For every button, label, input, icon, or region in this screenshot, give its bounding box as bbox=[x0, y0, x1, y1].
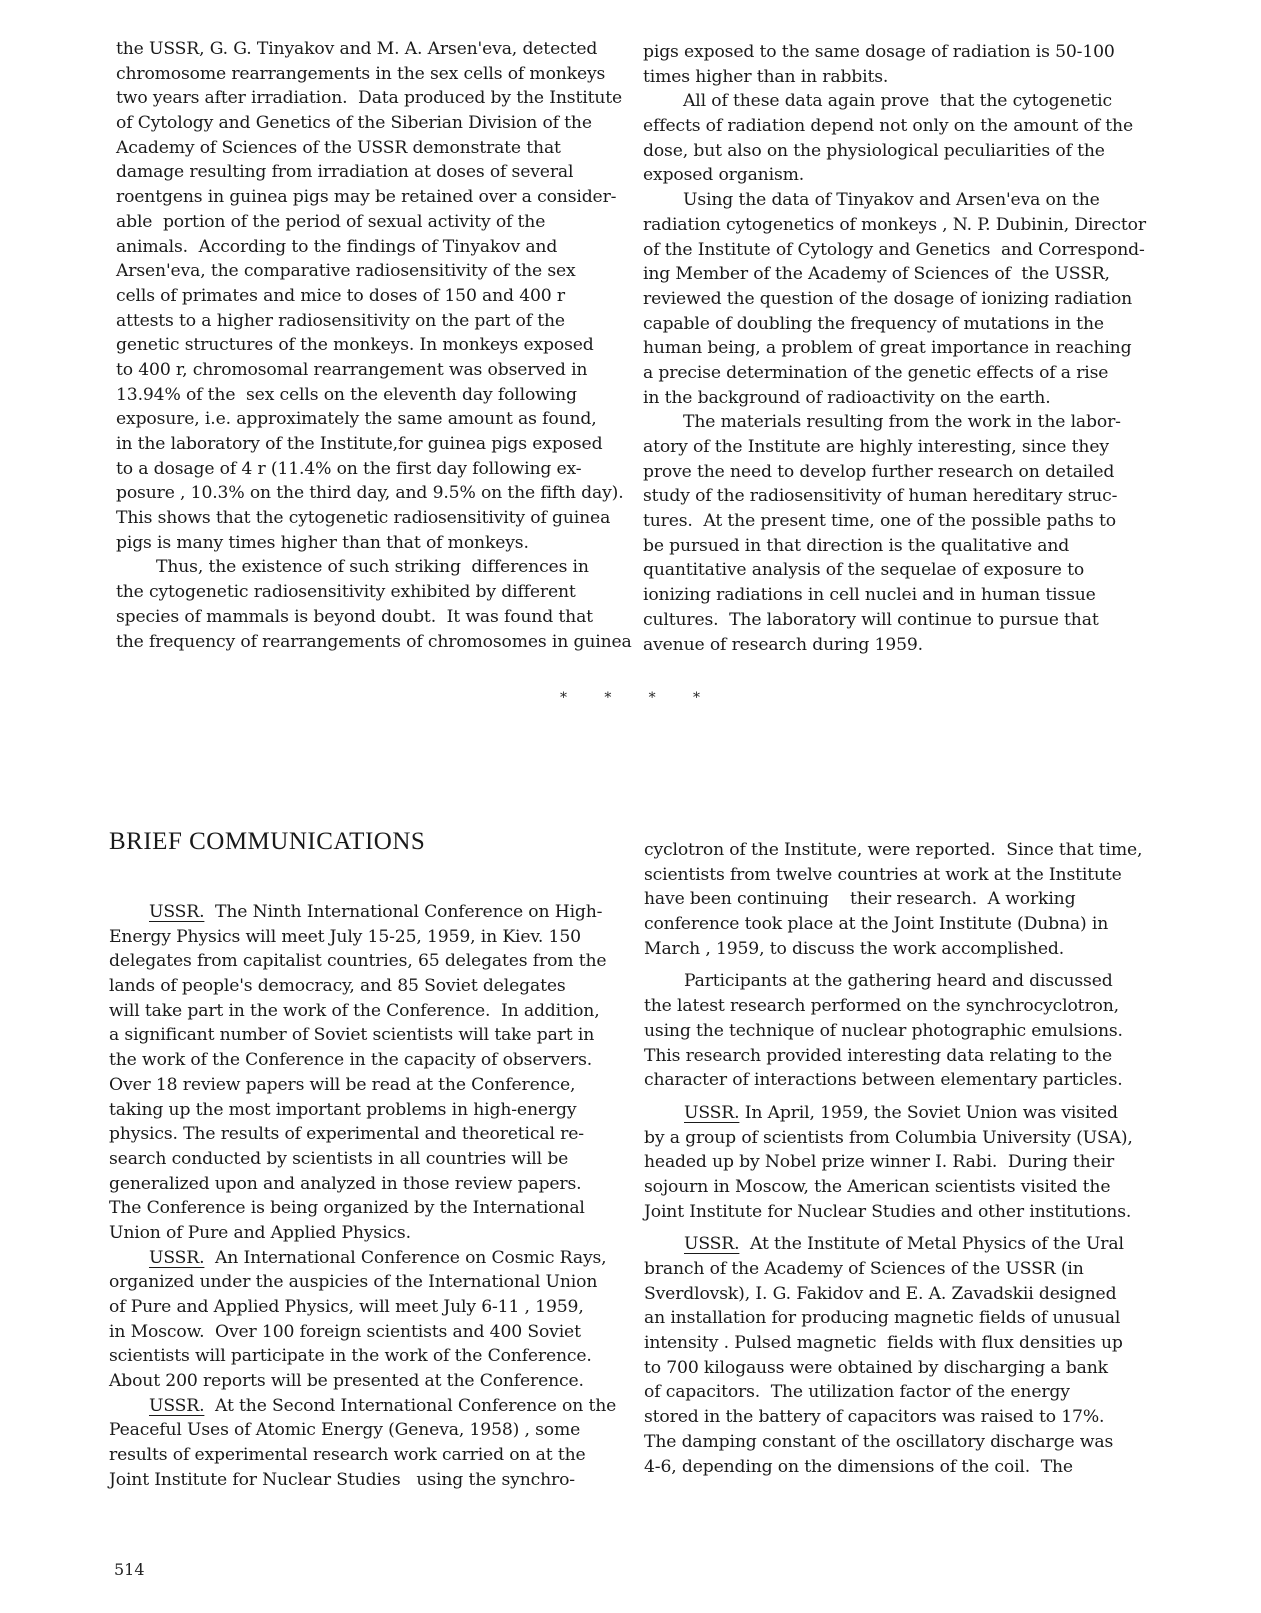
line-text: Thus, the existence of such striking dif… bbox=[156, 557, 589, 577]
line-text: dose, but also on the physiological pecu… bbox=[643, 141, 1105, 161]
text-line: prove the need to develop further resear… bbox=[643, 460, 1153, 485]
line-text: This research provided interesting data … bbox=[644, 1046, 1112, 1066]
line-text: An International Conference on Cosmic Ra… bbox=[204, 1248, 606, 1268]
text-line: the USSR, G. G. Tinyakov and M. A. Arsen… bbox=[116, 37, 626, 62]
text-line: human being, a problem of great importan… bbox=[643, 336, 1153, 361]
line-text: 4-6, depending on the dimensions of the … bbox=[644, 1457, 1073, 1477]
line-text: using the technique of nuclear photograp… bbox=[644, 1021, 1123, 1041]
text-line: in Moscow. Over 100 foreign scientists a… bbox=[109, 1320, 619, 1345]
line-text: an installation for producing magnetic f… bbox=[644, 1308, 1120, 1328]
line-text: In April, 1959, the Soviet Union was vis… bbox=[739, 1103, 1118, 1123]
line-text: The materials resulting from the work in… bbox=[683, 412, 1121, 432]
line-text: chromosome rearrangements in the sex cel… bbox=[116, 64, 605, 84]
text-line: generalized upon and analyzed in those r… bbox=[109, 1172, 619, 1197]
text-line: Participants at the gathering heard and … bbox=[644, 969, 1154, 994]
text-line: All of these data again prove that the c… bbox=[643, 89, 1153, 114]
text-line: stored in the battery of capacitors was … bbox=[644, 1405, 1154, 1430]
line-text: scientists from twelve countries at work… bbox=[644, 865, 1122, 885]
text-line: the work of the Conference in the capaci… bbox=[109, 1048, 619, 1073]
text-line: two years after irradiation. Data produc… bbox=[116, 86, 626, 111]
text-line: a significant number of Soviet scientist… bbox=[109, 1023, 619, 1048]
text-line: About 200 reports will be presented at t… bbox=[109, 1369, 619, 1394]
text-line: to a dosage of 4 r (11.4% on the first d… bbox=[116, 457, 626, 482]
text-line: tures. At the present time, one of the p… bbox=[643, 509, 1153, 534]
line-text: exposure, i.e. approximately the same am… bbox=[116, 409, 597, 429]
line-text: in the background of radioactivity on th… bbox=[643, 388, 1051, 408]
text-line: Joint Institute for Nuclear Studies and … bbox=[644, 1200, 1154, 1225]
text-line: lands of people's democracy, and 85 Sovi… bbox=[109, 974, 619, 999]
text-line: study of the radiosensitivity of human h… bbox=[643, 484, 1153, 509]
line-text: The Conference is being organized by the… bbox=[109, 1198, 585, 1218]
line-text: scientists will participate in the work … bbox=[109, 1346, 592, 1366]
text-line: sojourn in Moscow, the American scientis… bbox=[644, 1175, 1154, 1200]
text-line: a precise determination of the genetic e… bbox=[643, 361, 1153, 386]
line-text: genetic structures of the monkeys. In mo… bbox=[116, 335, 594, 355]
line-text: conference took place at the Joint Insti… bbox=[644, 914, 1108, 934]
text-line: cultures. The laboratory will continue t… bbox=[643, 608, 1153, 633]
line-text: atory of the Institute are highly intere… bbox=[643, 437, 1109, 457]
line-text: in Moscow. Over 100 foreign scientists a… bbox=[109, 1322, 581, 1342]
line-text: to 700 kilogauss were obtained by discha… bbox=[644, 1358, 1108, 1378]
line-text: human being, a problem of great importan… bbox=[643, 338, 1131, 358]
text-line: scientists will participate in the work … bbox=[109, 1344, 619, 1369]
text-line: 13.94% of the sex cells on the eleventh … bbox=[116, 383, 626, 408]
line-text: search conducted by scientists in all co… bbox=[109, 1149, 568, 1169]
text-line: the latest research performed on the syn… bbox=[644, 994, 1154, 1019]
text-line: pigs is many times higher than that of m… bbox=[116, 531, 626, 556]
line-text: the work of the Conference in the capaci… bbox=[109, 1050, 592, 1070]
text-line: of Cytology and Genetics of the Siberian… bbox=[116, 111, 626, 136]
country-label: USSR. bbox=[149, 902, 204, 922]
page-number: 514 bbox=[114, 1560, 145, 1579]
line-text: animals. According to the findings of Ti… bbox=[116, 237, 557, 257]
text-line: effects of radiation depend not only on … bbox=[643, 114, 1153, 139]
text-line: avenue of research during 1959. bbox=[643, 633, 1153, 658]
bottom-left-column: USSR. The Ninth International Conference… bbox=[109, 900, 619, 1493]
line-text: 13.94% of the sex cells on the eleventh … bbox=[116, 385, 577, 405]
line-text: have been continuing their research. A w… bbox=[644, 889, 1075, 909]
line-text: delegates from capitalist countries, 65 … bbox=[109, 951, 606, 971]
line-text: the frequency of rearrangements of chrom… bbox=[116, 632, 632, 652]
line-text: reviewed the question of the dosage of i… bbox=[643, 289, 1132, 309]
line-text: able portion of the period of sexual act… bbox=[116, 212, 545, 232]
country-label: USSR. bbox=[149, 1396, 204, 1416]
line-text: cyclotron of the Institute, were reporte… bbox=[644, 840, 1142, 860]
text-line: exposed organism. bbox=[643, 163, 1153, 188]
line-text: times higher than in rabbits. bbox=[643, 67, 888, 87]
text-line: attests to a higher radiosensitivity on … bbox=[116, 309, 626, 334]
text-line: using the technique of nuclear photograp… bbox=[644, 1019, 1154, 1044]
line-text: of the Institute of Cytology and Genetic… bbox=[643, 240, 1145, 260]
text-line: cyclotron of the Institute, were reporte… bbox=[644, 838, 1154, 863]
line-text: At the Institute of Metal Physics of the… bbox=[739, 1234, 1123, 1254]
line-text: sojourn in Moscow, the American scientis… bbox=[644, 1177, 1110, 1197]
line-text: by a group of scientists from Columbia U… bbox=[644, 1128, 1133, 1148]
line-text: About 200 reports will be presented at t… bbox=[109, 1371, 584, 1391]
line-text: stored in the battery of capacitors was … bbox=[644, 1407, 1104, 1427]
text-line: by a group of scientists from Columbia U… bbox=[644, 1126, 1154, 1151]
line-text: organized under the auspicies of the Int… bbox=[109, 1272, 597, 1292]
text-line: in the laboratory of the Institute,for g… bbox=[116, 432, 626, 457]
line-text: Peaceful Uses of Atomic Energy (Geneva, … bbox=[109, 1420, 580, 1440]
line-text: two years after irradiation. Data produc… bbox=[116, 88, 622, 108]
line-text: to a dosage of 4 r (11.4% on the first d… bbox=[116, 459, 581, 479]
line-text: branch of the Academy of Sciences of the… bbox=[644, 1259, 1084, 1279]
text-line: The damping constant of the oscillatory … bbox=[644, 1430, 1154, 1455]
text-line: in the background of radioactivity on th… bbox=[643, 386, 1153, 411]
line-text: lands of people's democracy, and 85 Sovi… bbox=[109, 976, 566, 996]
line-text: intensity . Pulsed magnetic fields with … bbox=[644, 1333, 1123, 1353]
line-text: prove the need to develop further resear… bbox=[643, 462, 1114, 482]
text-line: capable of doubling the frequency of mut… bbox=[643, 312, 1153, 337]
line-text: physics. The results of experimental and… bbox=[109, 1124, 584, 1144]
line-text: pigs exposed to the same dosage of radia… bbox=[643, 42, 1115, 62]
line-text: capable of doubling the frequency of mut… bbox=[643, 314, 1104, 334]
bottom-right-column: cyclotron of the Institute, were reporte… bbox=[644, 838, 1154, 1479]
text-line: the cytogenetic radiosensitivity exhibit… bbox=[116, 580, 626, 605]
text-line: have been continuing their research. A w… bbox=[644, 887, 1154, 912]
line-text: At the Second International Conference o… bbox=[204, 1396, 616, 1416]
text-line: The materials resulting from the work in… bbox=[643, 410, 1153, 435]
line-text: effects of radiation depend not only on … bbox=[643, 116, 1133, 136]
text-line: March , 1959, to discuss the work accomp… bbox=[644, 937, 1154, 962]
text-line: character of interactions between elemen… bbox=[644, 1068, 1154, 1093]
line-text: in the laboratory of the Institute,for g… bbox=[116, 434, 602, 454]
line-text: exposed organism. bbox=[643, 165, 804, 185]
text-line: USSR. At the Second International Confer… bbox=[109, 1394, 619, 1419]
line-text: Academy of Sciences of the USSR demonstr… bbox=[116, 138, 561, 158]
text-line: results of experimental research work ca… bbox=[109, 1443, 619, 1468]
line-text: All of these data again prove that the c… bbox=[683, 91, 1112, 111]
country-label: USSR. bbox=[684, 1234, 739, 1254]
text-line: This shows that the cytogenetic radiosen… bbox=[116, 506, 626, 531]
country-label: USSR. bbox=[149, 1248, 204, 1268]
line-text: The Ninth International Conference on Hi… bbox=[204, 902, 602, 922]
text-line: reviewed the question of the dosage of i… bbox=[643, 287, 1153, 312]
text-line: USSR. At the Institute of Metal Physics … bbox=[644, 1232, 1154, 1257]
text-line: Arsen'eva, the comparative radiosensitiv… bbox=[116, 259, 626, 284]
text-line: species of mammals is beyond doubt. It w… bbox=[116, 605, 626, 630]
line-text: damage resulting from irradiation at dos… bbox=[116, 162, 573, 182]
line-text: quantitative analysis of the sequelae of… bbox=[643, 560, 1084, 580]
line-text: species of mammals is beyond doubt. It w… bbox=[116, 607, 593, 627]
text-line: to 400 r, chromosomal rearrangement was … bbox=[116, 358, 626, 383]
line-text: the cytogenetic radiosensitivity exhibit… bbox=[116, 582, 576, 602]
section-heading: BRIEF COMMUNICATIONS bbox=[109, 828, 425, 856]
line-text: headed up by Nobel prize winner I. Rabi.… bbox=[644, 1152, 1114, 1172]
text-line: USSR. The Ninth International Conference… bbox=[109, 900, 619, 925]
line-text: Joint Institute for Nuclear Studies and … bbox=[644, 1202, 1131, 1222]
text-line: exposure, i.e. approximately the same am… bbox=[116, 407, 626, 432]
text-line: will take part in the work of the Confer… bbox=[109, 999, 619, 1024]
paragraph-gap bbox=[644, 1093, 1154, 1101]
text-line: Sverdlovsk), I. G. Fakidov and E. A. Zav… bbox=[644, 1282, 1154, 1307]
text-line: damage resulting from irradiation at dos… bbox=[116, 160, 626, 185]
text-line: Joint Institute for Nuclear Studies usin… bbox=[109, 1468, 619, 1493]
text-line: roentgens in guinea pigs may be retained… bbox=[116, 185, 626, 210]
line-text: be pursued in that direction is the qual… bbox=[643, 536, 1069, 556]
text-line: radiation cytogenetics of monkeys , N. P… bbox=[643, 213, 1153, 238]
line-text: ionizing radiations in cell nuclei and i… bbox=[643, 585, 1096, 605]
line-text: Sverdlovsk), I. G. Fakidov and E. A. Zav… bbox=[644, 1284, 1116, 1304]
line-text: will take part in the work of the Confer… bbox=[109, 1001, 600, 1021]
text-line: posure , 10.3% on the third day, and 9.5… bbox=[116, 481, 626, 506]
separator-star: * bbox=[560, 690, 567, 706]
line-text: This shows that the cytogenetic radiosen… bbox=[116, 508, 610, 528]
line-text: Energy Physics will meet July 15-25, 195… bbox=[109, 927, 581, 947]
line-text: Over 18 review papers will be read at th… bbox=[109, 1075, 575, 1095]
text-line: headed up by Nobel prize winner I. Rabi.… bbox=[644, 1150, 1154, 1175]
text-line: 4-6, depending on the dimensions of the … bbox=[644, 1455, 1154, 1480]
text-line: dose, but also on the physiological pecu… bbox=[643, 139, 1153, 164]
text-line: intensity . Pulsed magnetic fields with … bbox=[644, 1331, 1154, 1356]
line-text: a precise determination of the genetic e… bbox=[643, 363, 1108, 383]
text-line: chromosome rearrangements in the sex cel… bbox=[116, 62, 626, 87]
text-line: conference took place at the Joint Insti… bbox=[644, 912, 1154, 937]
paragraph-gap bbox=[644, 961, 1154, 969]
text-line: The Conference is being organized by the… bbox=[109, 1196, 619, 1221]
line-text: posure , 10.3% on the third day, and 9.5… bbox=[116, 483, 624, 503]
line-text: taking up the most important problems in… bbox=[109, 1100, 576, 1120]
line-text: to 400 r, chromosomal rearrangement was … bbox=[116, 360, 587, 380]
text-line: cells of primates and mice to doses of 1… bbox=[116, 284, 626, 309]
line-text: Arsen'eva, the comparative radiosensitiv… bbox=[116, 261, 576, 281]
text-line: scientists from twelve countries at work… bbox=[644, 863, 1154, 888]
text-line: Energy Physics will meet July 15-25, 195… bbox=[109, 925, 619, 950]
text-line: times higher than in rabbits. bbox=[643, 65, 1153, 90]
text-line: Academy of Sciences of the USSR demonstr… bbox=[116, 136, 626, 161]
text-line: Over 18 review papers will be read at th… bbox=[109, 1073, 619, 1098]
text-line: ing Member of the Academy of Sciences of… bbox=[643, 262, 1153, 287]
text-line: quantitative analysis of the sequelae of… bbox=[643, 558, 1153, 583]
separator-star: * bbox=[649, 690, 656, 706]
text-line: USSR. In April, 1959, the Soviet Union w… bbox=[644, 1101, 1154, 1126]
country-label: USSR. bbox=[684, 1103, 739, 1123]
line-text: avenue of research during 1959. bbox=[643, 635, 923, 655]
text-line: Peaceful Uses of Atomic Energy (Geneva, … bbox=[109, 1418, 619, 1443]
line-text: pigs is many times higher than that of m… bbox=[116, 533, 529, 553]
line-text: the USSR, G. G. Tinyakov and M. A. Arsen… bbox=[116, 39, 597, 59]
top-left-column: the USSR, G. G. Tinyakov and M. A. Arsen… bbox=[116, 37, 626, 654]
line-text: Union of Pure and Applied Physics. bbox=[109, 1223, 411, 1243]
line-text: character of interactions between elemen… bbox=[644, 1070, 1123, 1090]
text-line: USSR. An International Conference on Cos… bbox=[109, 1246, 619, 1271]
line-text: Using the data of Tinyakov and Arsen'eva… bbox=[683, 190, 1100, 210]
line-text: March , 1959, to discuss the work accomp… bbox=[644, 939, 1064, 959]
text-line: pigs exposed to the same dosage of radia… bbox=[643, 40, 1153, 65]
line-text: tures. At the present time, one of the p… bbox=[643, 511, 1116, 531]
text-line: Thus, the existence of such striking dif… bbox=[116, 555, 626, 580]
text-line: genetic structures of the monkeys. In mo… bbox=[116, 333, 626, 358]
line-text: of capacitors. The utilization factor of… bbox=[644, 1382, 1070, 1402]
text-line: an installation for producing magnetic f… bbox=[644, 1306, 1154, 1331]
text-line: taking up the most important problems in… bbox=[109, 1098, 619, 1123]
text-line: of capacitors. The utilization factor of… bbox=[644, 1380, 1154, 1405]
top-right-column: pigs exposed to the same dosage of radia… bbox=[643, 40, 1153, 657]
text-line: of the Institute of Cytology and Genetic… bbox=[643, 238, 1153, 263]
text-line: Using the data of Tinyakov and Arsen'eva… bbox=[643, 188, 1153, 213]
line-text: a significant number of Soviet scientist… bbox=[109, 1025, 594, 1045]
line-text: roentgens in guinea pigs may be retained… bbox=[116, 187, 616, 207]
line-text: attests to a higher radiosensitivity on … bbox=[116, 311, 565, 331]
text-line: be pursued in that direction is the qual… bbox=[643, 534, 1153, 559]
line-text: ing Member of the Academy of Sciences of… bbox=[643, 264, 1110, 284]
line-text: Joint Institute for Nuclear Studies usin… bbox=[109, 1470, 575, 1490]
paragraph-gap bbox=[644, 1224, 1154, 1232]
line-text: generalized upon and analyzed in those r… bbox=[109, 1174, 582, 1194]
text-line: to 700 kilogauss were obtained by discha… bbox=[644, 1356, 1154, 1381]
text-line: able portion of the period of sexual act… bbox=[116, 210, 626, 235]
text-line: Union of Pure and Applied Physics. bbox=[109, 1221, 619, 1246]
text-line: the frequency of rearrangements of chrom… bbox=[116, 630, 626, 655]
separator-star: * bbox=[693, 690, 700, 706]
text-line: animals. According to the findings of Ti… bbox=[116, 235, 626, 260]
line-text: cells of primates and mice to doses of 1… bbox=[116, 286, 565, 306]
line-text: the latest research performed on the syn… bbox=[644, 996, 1119, 1016]
line-text: study of the radiosensitivity of human h… bbox=[643, 486, 1117, 506]
line-text: The damping constant of the oscillatory … bbox=[644, 1432, 1113, 1452]
text-line: organized under the auspicies of the Int… bbox=[109, 1270, 619, 1295]
text-line: physics. The results of experimental and… bbox=[109, 1122, 619, 1147]
line-text: of Cytology and Genetics of the Siberian… bbox=[116, 113, 592, 133]
line-text: of Pure and Applied Physics, will meet J… bbox=[109, 1297, 584, 1317]
text-line: of Pure and Applied Physics, will meet J… bbox=[109, 1295, 619, 1320]
text-line: ionizing radiations in cell nuclei and i… bbox=[643, 583, 1153, 608]
section-separator: * * * * bbox=[560, 690, 700, 706]
line-text: Participants at the gathering heard and … bbox=[684, 971, 1113, 991]
separator-star: * bbox=[604, 690, 611, 706]
text-line: delegates from capitalist countries, 65 … bbox=[109, 949, 619, 974]
line-text: cultures. The laboratory will continue t… bbox=[643, 610, 1099, 630]
text-line: branch of the Academy of Sciences of the… bbox=[644, 1257, 1154, 1282]
text-line: atory of the Institute are highly intere… bbox=[643, 435, 1153, 460]
line-text: radiation cytogenetics of monkeys , N. P… bbox=[643, 215, 1146, 235]
text-line: This research provided interesting data … bbox=[644, 1044, 1154, 1069]
line-text: results of experimental research work ca… bbox=[109, 1445, 586, 1465]
text-line: search conducted by scientists in all co… bbox=[109, 1147, 619, 1172]
